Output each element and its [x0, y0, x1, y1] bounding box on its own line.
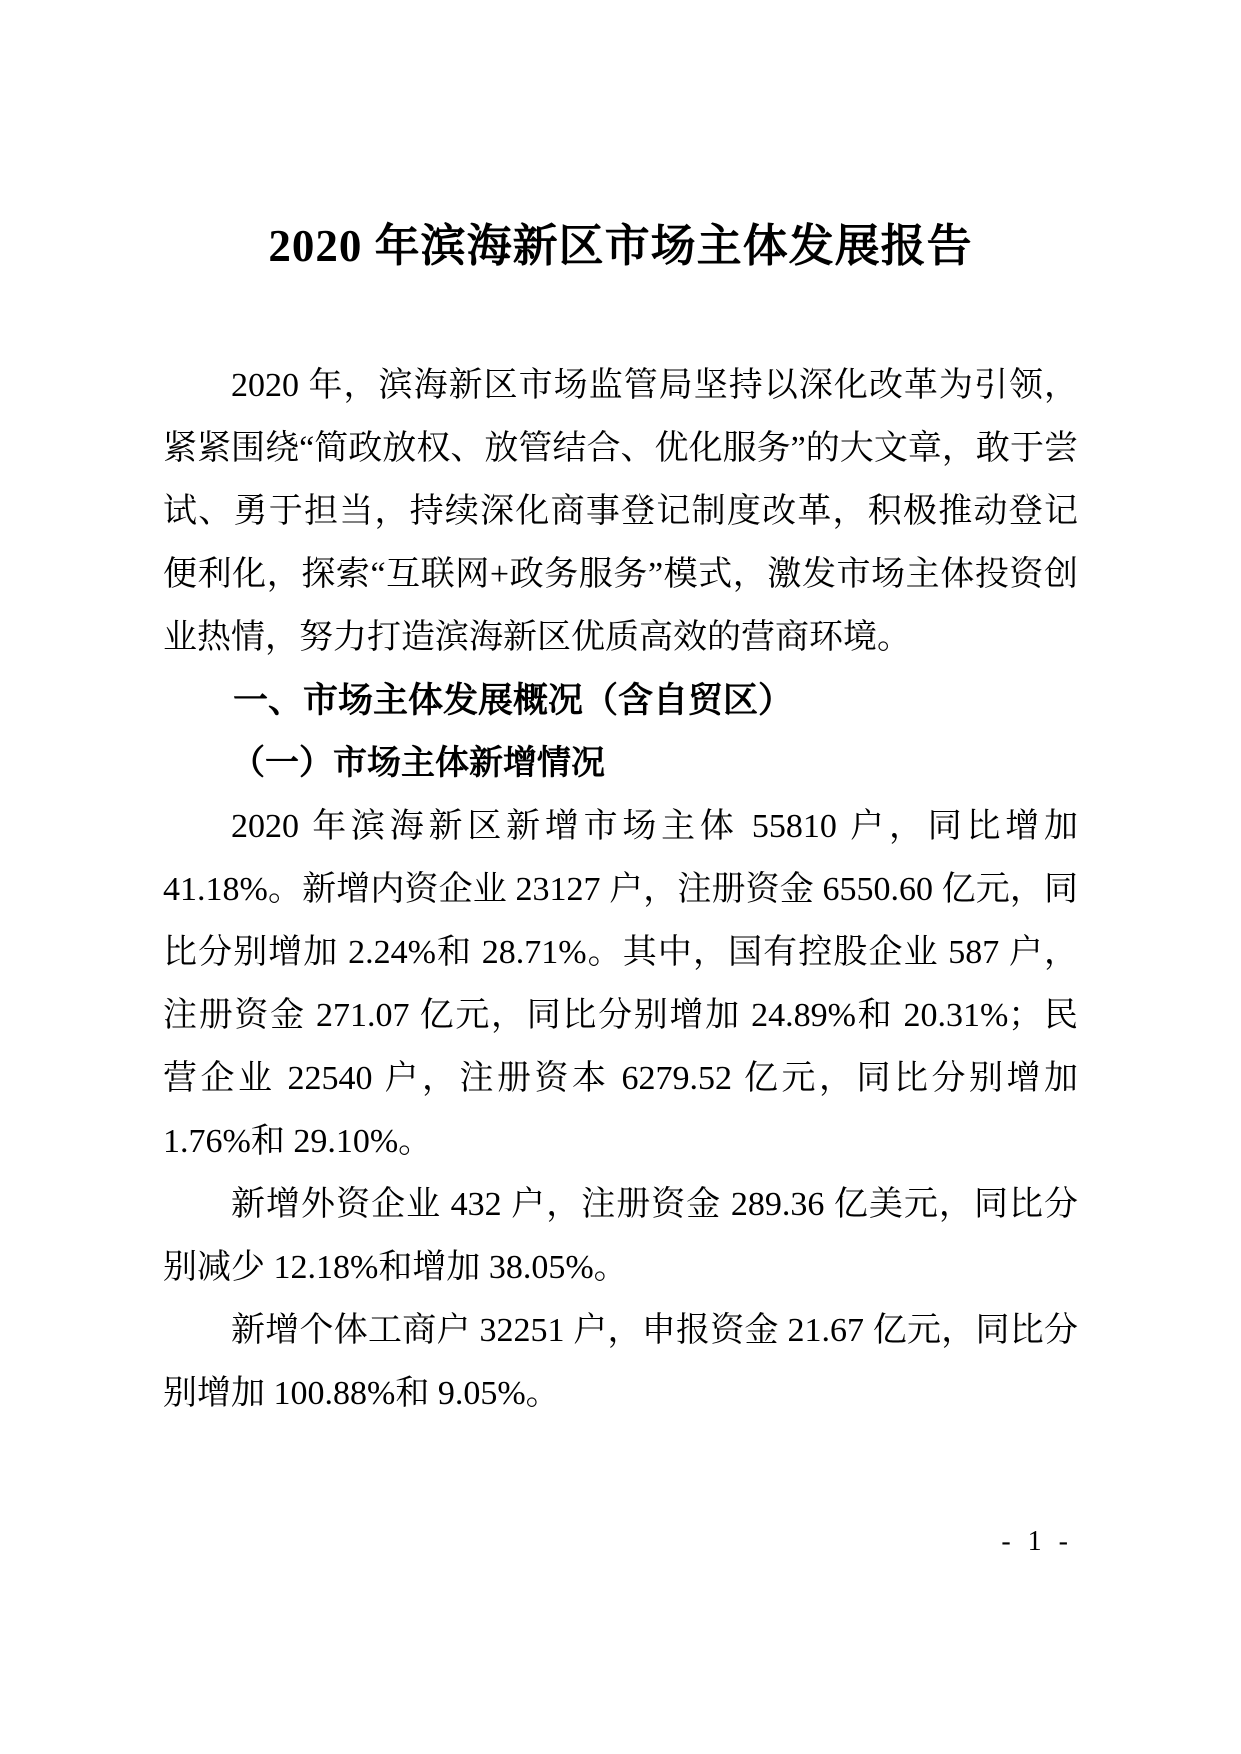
document-content: 2020 年滨海新区市场主体发展报告 2020 年，滨海新区市场监管局坚持以深化… — [163, 215, 1078, 1425]
page-number: - 1 - — [1001, 1524, 1073, 1560]
paragraph-new-entities-domestic: 2020 年滨海新区新增市场主体 55810 户，同比增加 41.18%。新增内… — [163, 795, 1078, 1173]
document-title: 2020 年滨海新区市场主体发展报告 — [163, 215, 1078, 278]
document-page: 2020 年滨海新区市场主体发展报告 2020 年，滨海新区市场监管局坚持以深化… — [0, 0, 1241, 1754]
paragraph-new-entities-individual: 新增个体工商户 32251 户，申报资金 21.67 亿元，同比分别增加 100… — [163, 1299, 1078, 1425]
paragraph-new-entities-foreign: 新增外资企业 432 户，注册资金 289.36 亿美元，同比分别减少 12.1… — [163, 1173, 1078, 1299]
subsection-heading-new-entities: （一）市场主体新增情况 — [163, 732, 1078, 795]
intro-paragraph: 2020 年，滨海新区市场监管局坚持以深化改革为引领，紧紧围绕“简政放权、放管结… — [163, 354, 1078, 669]
section-heading-market-overview: 一、市场主体发展概况（含自贸区） — [163, 669, 1078, 732]
